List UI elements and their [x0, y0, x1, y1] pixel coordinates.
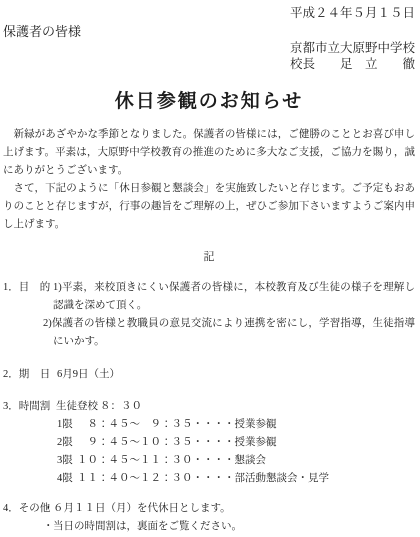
other-notes: ・ ６月１１日（月）を代休日とします。 ・ 当日の時間割は，裏面をご覧ください。 — [53, 500, 415, 536]
purpose-item-1: 1)平素，来校頂きにくい保護者の皆様に，本校教育及び生徒の様子を理解し認識を深め… — [53, 279, 415, 315]
period-schedule: ９：４５～１０：３５・・・・授業参観 — [77, 434, 277, 452]
note-item: ・ ６月１１日（月）を代休日とします。 — [43, 500, 415, 518]
period-schedule: ８：４５～ ９：３５・・・・授業参観 — [77, 416, 277, 434]
greeting-paragraph-2: さて，下記のように「休日参観と懇談会」を実施致したいと存じます。ご予定もおありの… — [3, 180, 415, 234]
school-name: 京都市立大原野中学校 — [3, 40, 415, 56]
record-marker: 記 — [3, 248, 415, 266]
principal-line: 校長 足 立 徹 — [3, 56, 415, 72]
period-label: 3限 — [57, 452, 77, 470]
addressee: 保護者の皆様 — [3, 24, 415, 40]
timetable-row: 2限 ９：４５～１０：３５・・・・授業参観 — [57, 434, 415, 452]
event-date-value: 6月9日（土） — [53, 366, 415, 384]
timetable-label: 3．時間割 — [3, 398, 53, 416]
section-event-date: 2．期 日 6月9日（土） — [3, 366, 415, 384]
section-timetable: 3．時間割 生徒登校 ８：３０ — [3, 398, 415, 416]
timetable-row: 1限 ８：４５～ ９：３５・・・・授業参観 — [57, 416, 415, 434]
timetable-row: 4限 １１：４０～１２：３０・・・・部活動懇談会・見学 — [57, 470, 415, 488]
period-label: 1限 — [57, 416, 77, 434]
document-title: 休日参観のお知らせ — [3, 90, 415, 114]
event-date-label: 2．期 日 — [3, 366, 53, 384]
timetable-row: 3限 １０：４５～１１：３０・・・・懇談会 — [57, 452, 415, 470]
note-text: ６月１１日（月）を代休日とします。 — [53, 500, 231, 518]
period-schedule: １１：４０～１２：３０・・・・部活動懇談会・見学 — [77, 470, 329, 488]
note-item: ・ 当日の時間割は，裏面をご覧ください。 — [43, 518, 415, 536]
arrival-label: 生徒登校 — [56, 398, 100, 416]
greeting-block: 新緑があざやかな季節となりました。保護者の皆様には，ご健勝のこととお喜び申し上げ… — [3, 126, 415, 234]
note-bullet: ・ — [43, 518, 53, 536]
arrival-row: 生徒登校 ８：３０ — [53, 398, 415, 416]
note-bullet: ・ — [43, 500, 53, 518]
purpose-items: 1)平素，来校頂きにくい保護者の皆様に，本校教育及び生徒の様子を理解し認識を深め… — [53, 279, 415, 351]
section-purpose: 1．目 的 1)平素，来校頂きにくい保護者の皆様に，本校教育及び生徒の様子を理解… — [3, 279, 415, 351]
period-label: 2限 — [57, 434, 77, 452]
period-label: 4限 — [57, 470, 77, 488]
document-page: 平成２４年５月１５日 保護者の皆様 京都市立大原野中学校 校長 足 立 徹 休日… — [0, 0, 420, 537]
arrival-time: ８：３０ — [100, 398, 142, 416]
period-schedule: １０：４５～１１：３０・・・・懇談会 — [77, 452, 266, 470]
timetable-rows: 1限 ８：４５～ ９：３５・・・・授業参観 2限 ９：４５～１０：３５・・・・授… — [57, 416, 415, 488]
note-text: 当日の時間割は，裏面をご覧ください。 — [53, 518, 242, 536]
greeting-paragraph-1: 新緑があざやかな季節となりました。保護者の皆様には，ご健勝のこととお喜び申し上げ… — [3, 126, 415, 180]
purpose-item-2: 2)保護者の皆様と教職員の意見交流により連携を密にし，学習指導，生徒指導にいかす… — [53, 315, 415, 351]
letter-date: 平成２４年５月１５日 — [3, 5, 415, 21]
section-other: 4．その他 ・ ６月１１日（月）を代休日とします。 ・ 当日の時間割は，裏面をご… — [3, 500, 415, 536]
